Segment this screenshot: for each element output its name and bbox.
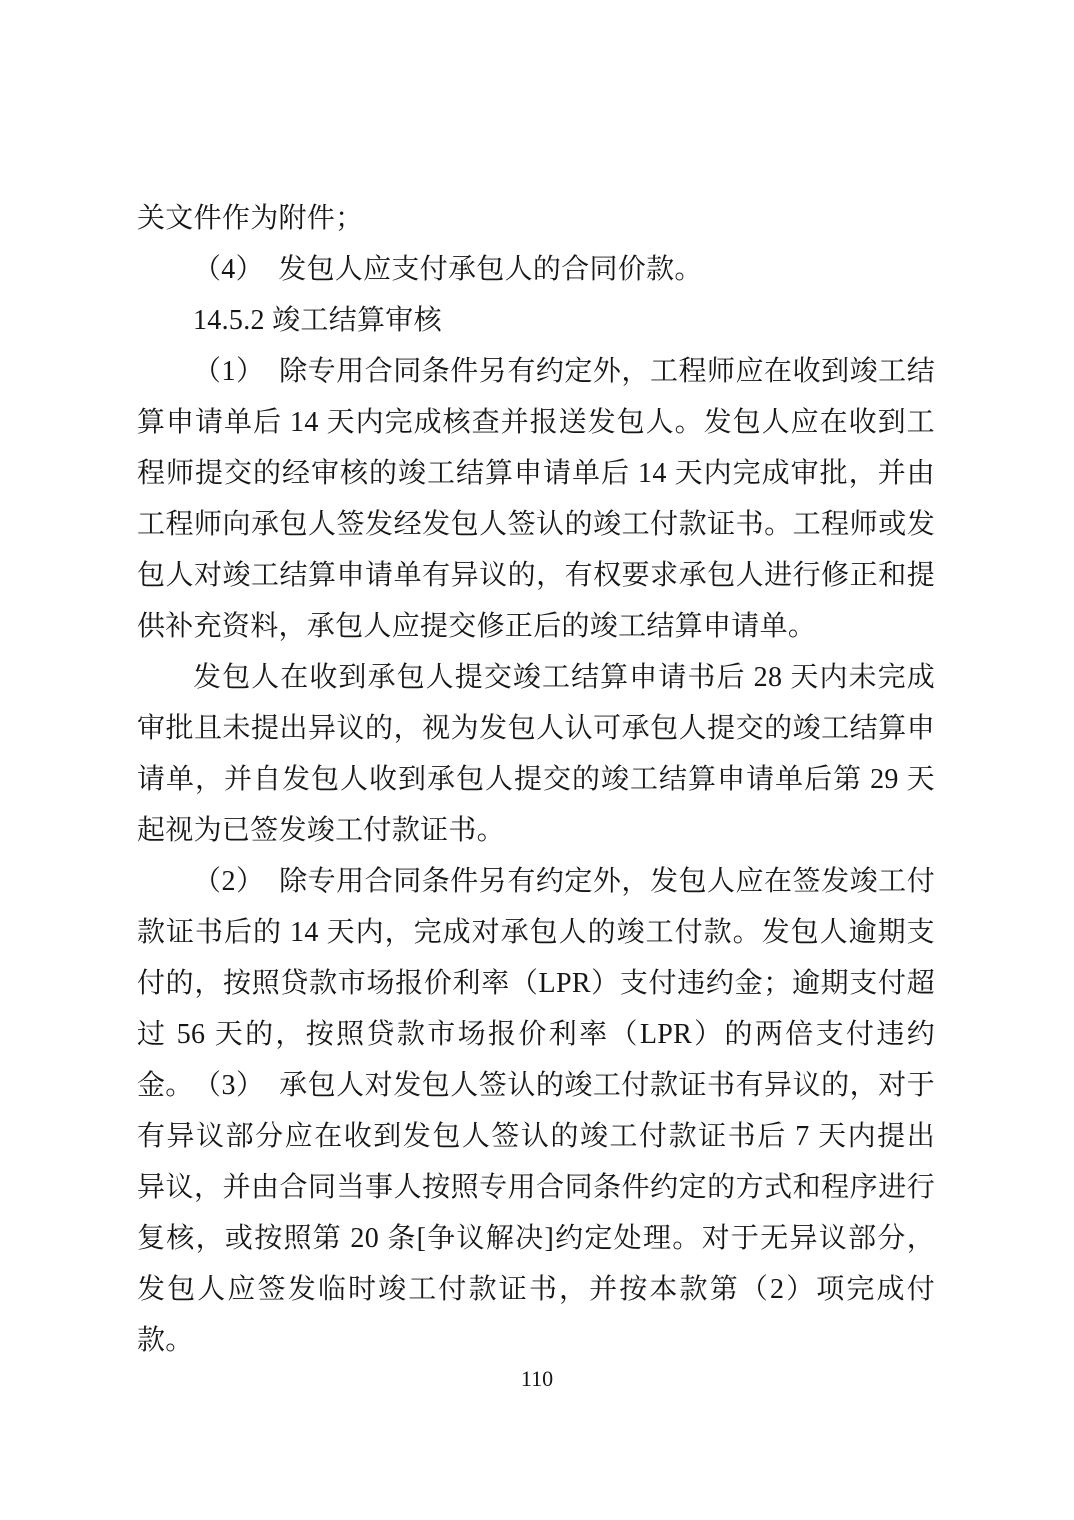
text-line: （2） 除专用合同条件另有约定外，发包人应在签发竣工付 xyxy=(137,856,935,907)
text-line: 包人对竣工结算申请单有异议的，有权要求承包人进行修正和提 xyxy=(137,550,935,601)
document-page: 关文件作为附件；（4） 发包人应支付承包人的合同价款。14.5.2 竣工结算审核… xyxy=(0,0,1074,1520)
text-line: 起视为已签发竣工付款证书。 xyxy=(137,805,935,856)
text-line: 关文件作为附件； xyxy=(137,193,935,244)
text-line: （4） 发包人应支付承包人的合同价款。 xyxy=(137,244,935,295)
text-line: 有异议部分应在收到发包人签认的竣工付款证书后 7 天内提出 xyxy=(137,1111,935,1162)
document-body: 关文件作为附件；（4） 发包人应支付承包人的合同价款。14.5.2 竣工结算审核… xyxy=(137,193,935,1315)
text-line: 发包人应签发临时竣工付款证书，并按本款第（2）项完成付款。 xyxy=(137,1264,935,1315)
text-line: 发包人在收到承包人提交竣工结算申请书后 28 天内未完成 xyxy=(137,652,935,703)
text-line: 工程师向承包人签发经发包人签认的竣工付款证书。工程师或发 xyxy=(137,499,935,550)
text-line: 审批且未提出异议的，视为发包人认可承包人提交的竣工结算申 xyxy=(137,703,935,754)
page-number: 110 xyxy=(0,1366,1074,1392)
text-line: 程师提交的经审核的竣工结算申请单后 14 天内完成审批，并由 xyxy=(137,448,935,499)
text-line: 过 56 天的，按照贷款市场报价利率（LPR）的两倍支付违约金。 xyxy=(137,1009,935,1060)
text-line: 异议，并由合同当事人按照专用合同条件约定的方式和程序进行 xyxy=(137,1162,935,1213)
text-line: 付的，按照贷款市场报价利率（LPR）支付违约金；逾期支付超 xyxy=(137,958,935,1009)
text-line: 14.5.2 竣工结算审核 xyxy=(137,295,935,346)
text-line: （3） 承包人对发包人签认的竣工付款证书有异议的，对于 xyxy=(137,1060,935,1111)
text-line: 请单，并自发包人收到承包人提交的竣工结算申请单后第 29 天 xyxy=(137,754,935,805)
text-line: 供补充资料，承包人应提交修正后的竣工结算申请单。 xyxy=(137,601,935,652)
text-line: 款证书后的 14 天内，完成对承包人的竣工付款。发包人逾期支 xyxy=(137,907,935,958)
text-line: 算申请单后 14 天内完成核查并报送发包人。发包人应在收到工 xyxy=(137,397,935,448)
text-line: 复核，或按照第 20 条[争议解决]约定处理。对于无异议部分， xyxy=(137,1213,935,1264)
text-line: （1） 除专用合同条件另有约定外，工程师应在收到竣工结 xyxy=(137,346,935,397)
